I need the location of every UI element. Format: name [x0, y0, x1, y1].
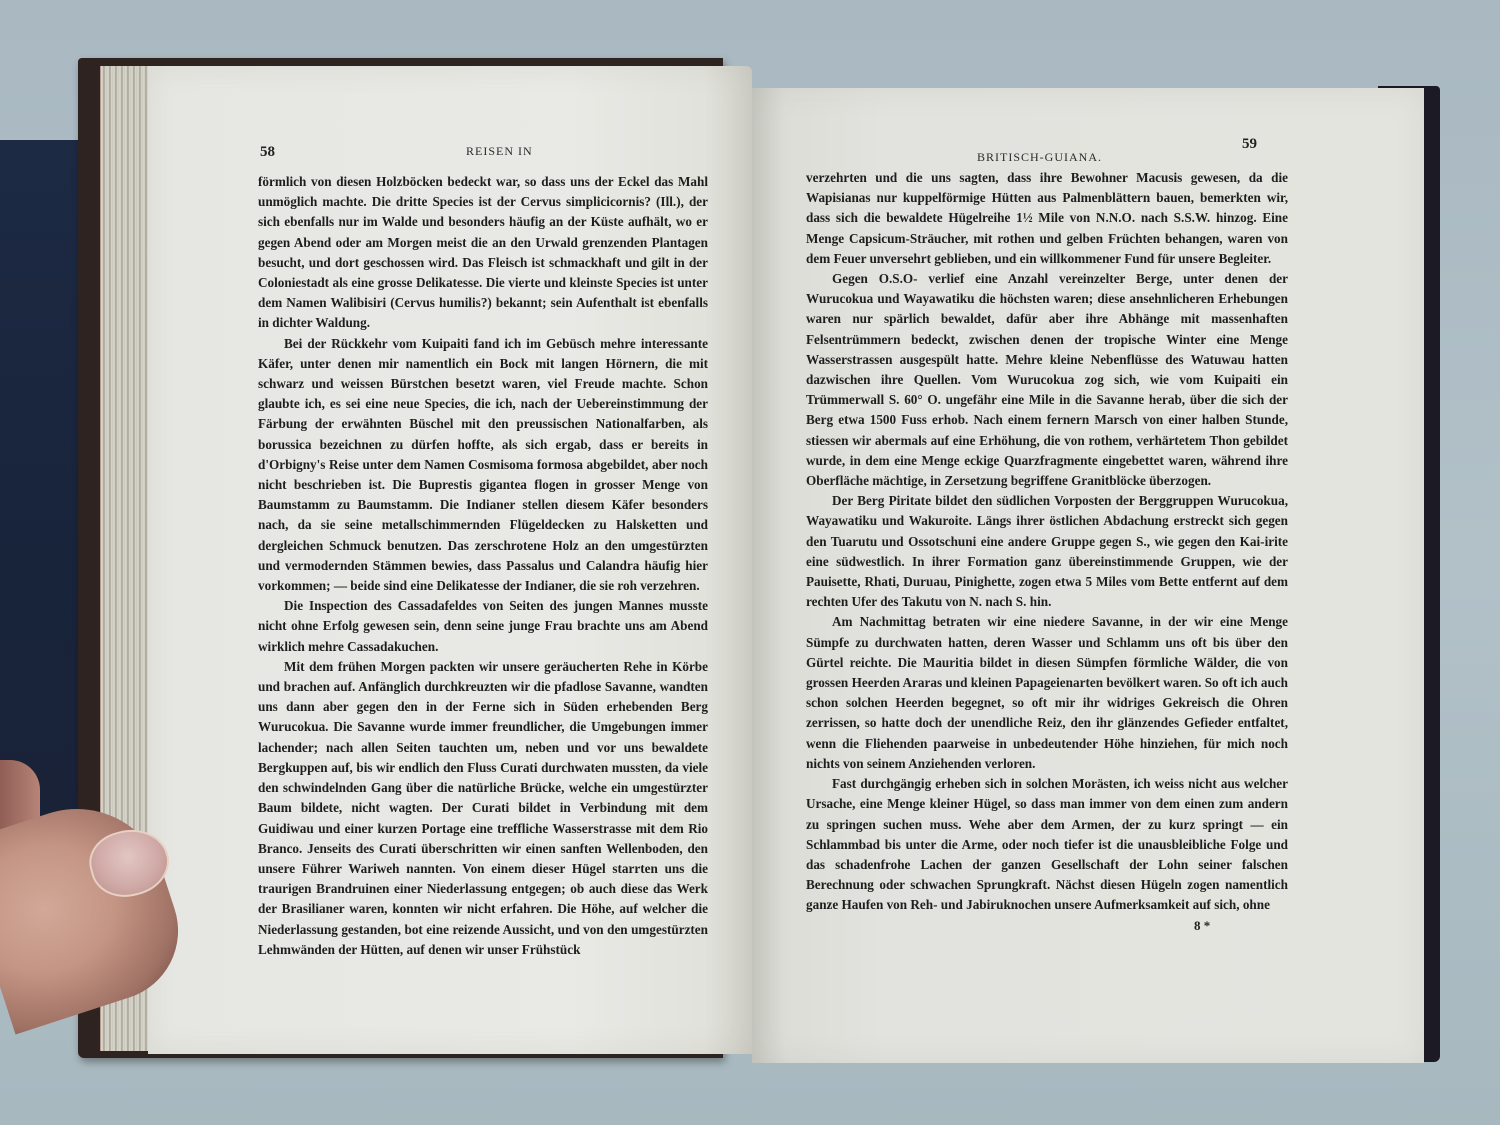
running-head-right: BRITISCH-GUIANA. [977, 150, 1102, 165]
signature-mark: 8 * [1194, 918, 1210, 934]
page-number-left: 58 [260, 144, 275, 161]
paragraph: Die Inspection des Cassadafeldes von Sei… [258, 596, 708, 657]
paragraph: Bei der Rückkehr vom Kuipaiti fand ich i… [258, 334, 708, 597]
paragraph: Der Berg Piritate bildet den südlichen V… [806, 491, 1288, 612]
paragraph: förmlich von diesen Holzböcken bedeckt w… [258, 172, 708, 334]
paragraph: Gegen O.S.O- verlief eine Anzahl vereinz… [806, 269, 1288, 491]
right-page: BRITISCH-GUIANA. 59 verzehrten und die u… [752, 88, 1424, 1063]
paragraph: Am Nachmittag betraten wir eine niedere … [806, 612, 1288, 774]
paragraph: verzehrten und die uns sagten, dass ihre… [806, 168, 1288, 269]
running-head-left: REISEN IN [466, 144, 533, 159]
left-page: 58 REISEN IN förmlich von diesen Holzböc… [148, 66, 752, 1054]
page-number-right: 59 [1242, 136, 1257, 153]
left-page-body: förmlich von diesen Holzböcken bedeckt w… [258, 172, 708, 960]
paragraph: Fast durchgängig erheben sich in solchen… [806, 774, 1288, 915]
paragraph: Mit dem frühen Morgen packten wir unsere… [258, 657, 708, 960]
right-page-body: verzehrten und die uns sagten, dass ihre… [806, 168, 1288, 916]
